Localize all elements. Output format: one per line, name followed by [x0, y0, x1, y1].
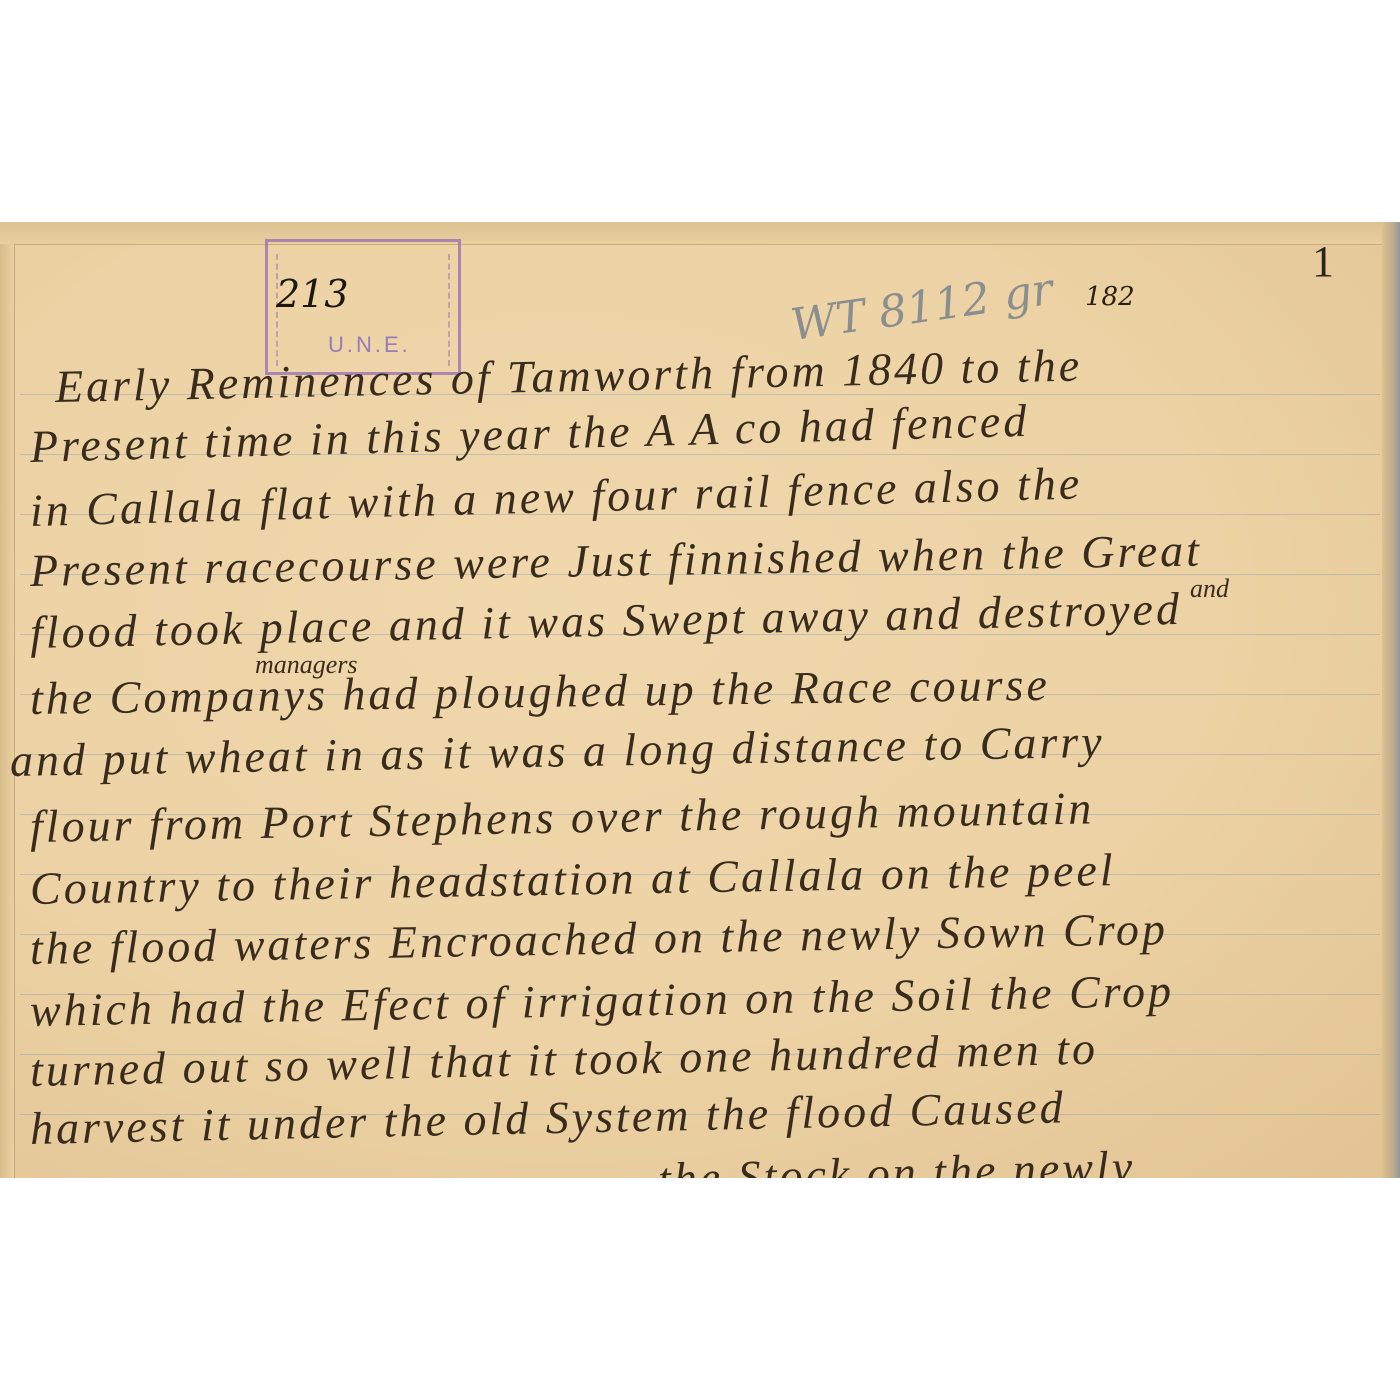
manuscript-line: the Companys had ploughed up the Race co… [30, 658, 1051, 725]
pencil-reference: WT 8112 gr [788, 264, 1056, 351]
page-left-edge [0, 244, 15, 1178]
manuscript-line: the flood waters Encroached on the newly… [30, 902, 1169, 975]
manuscript-line: flour from Port Stephens over the rough … [30, 781, 1095, 853]
page-number: 1 [1312, 236, 1334, 287]
manuscript-line: Country to their headstation at Callala … [30, 843, 1116, 915]
interlinear-insertion: and [1190, 574, 1229, 604]
manuscript-line: and put wheat in as it was a long distan… [10, 715, 1106, 787]
page-right-edge [1382, 222, 1400, 1178]
manuscript-page: 213 U.N.E. WT 8112 gr 182 1 Early Remine… [0, 222, 1400, 1178]
stamp-number: 213 [276, 272, 349, 316]
manuscript-line-partial: ... the Stock on the newly [599, 1140, 1136, 1178]
ink-reference: 182 [1085, 282, 1135, 312]
